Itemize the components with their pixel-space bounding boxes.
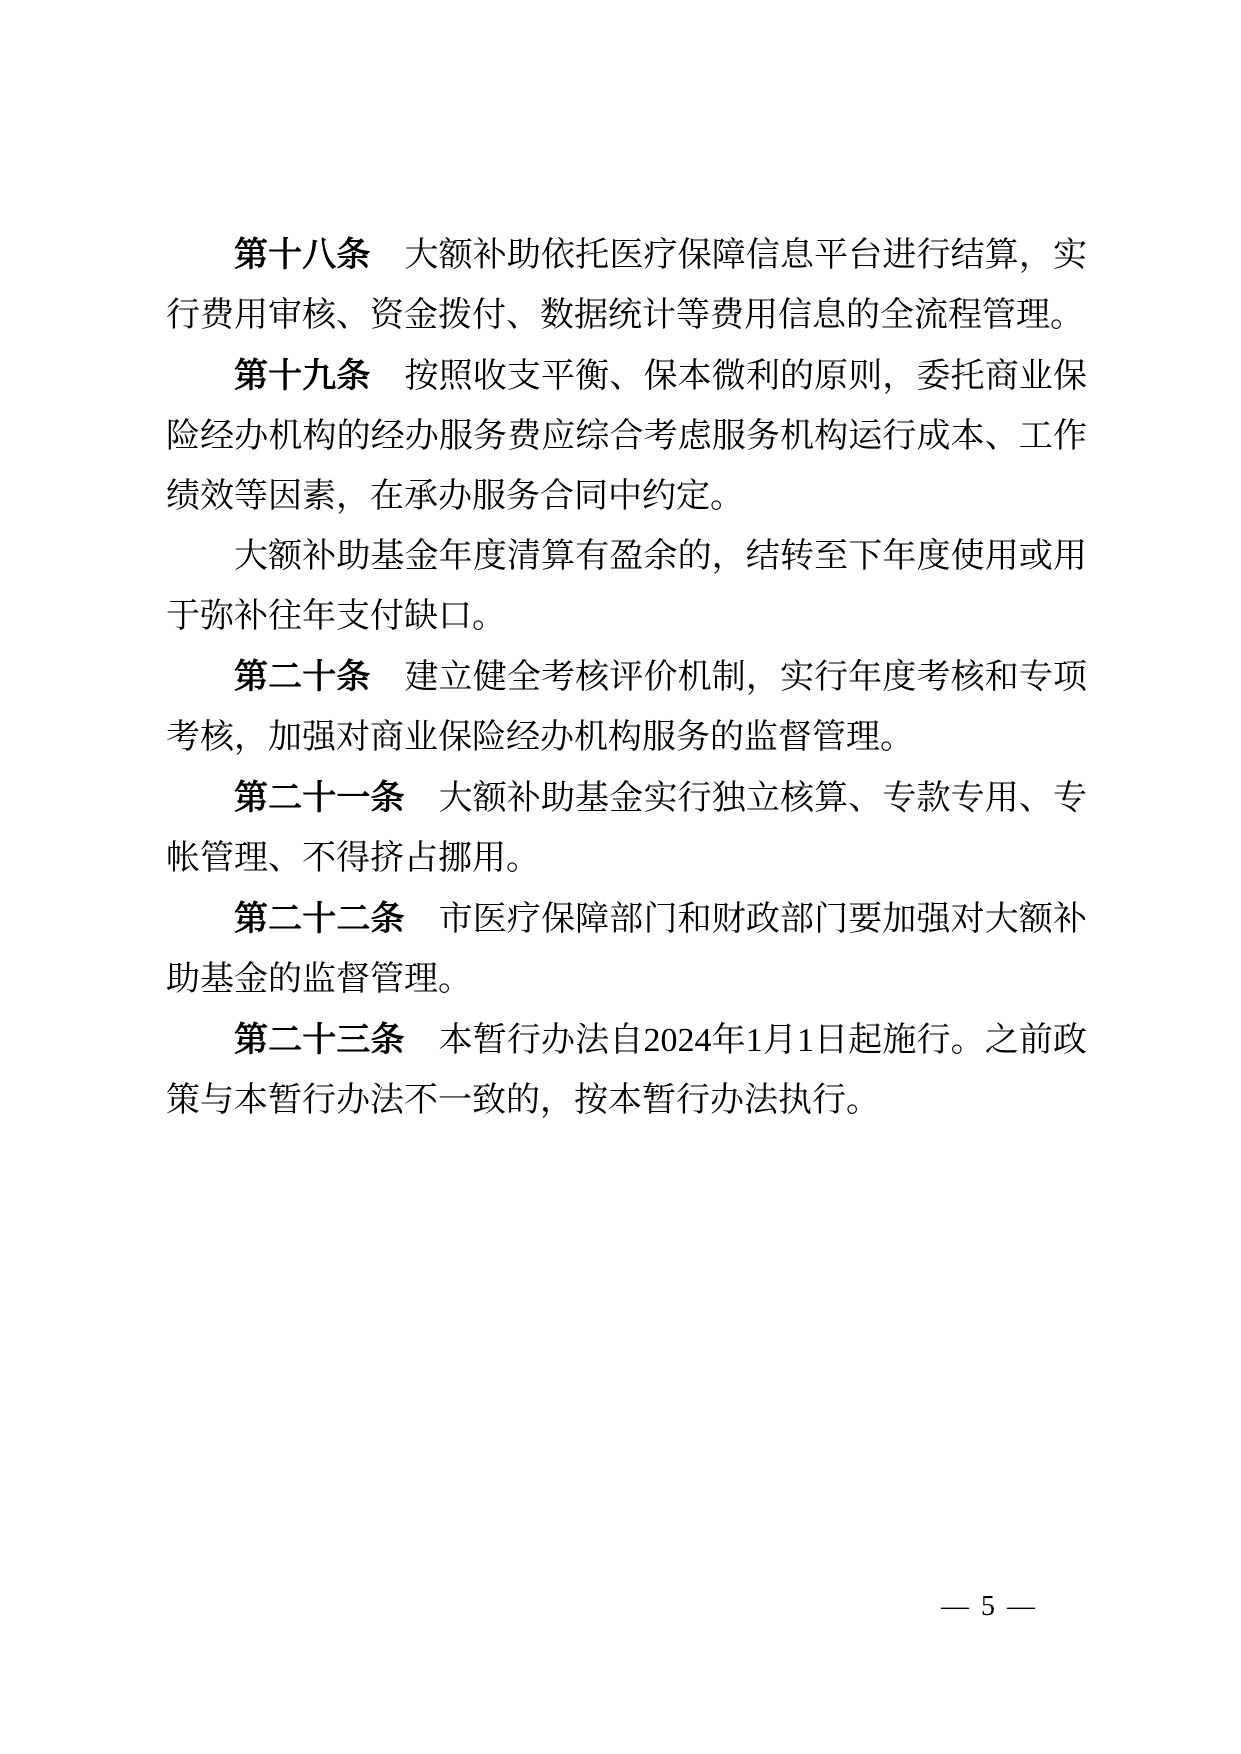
document-content: 第十八条大额补助依托医疗保障信息平台进行结算，实行费用审核、资金拨付、数据统计等… <box>166 225 1087 1131</box>
footer-dash-right: — <box>1007 1591 1035 1622</box>
paragraph-article-22: 第二十二条市医疗保障部门和财政部门要加强对大额补助基金的监督管理。 <box>166 889 1087 1010</box>
footer-dash-left: — <box>941 1591 969 1622</box>
paragraph-article-19: 第十九条按照收支平衡、保本微利的原则，委托商业保险经办机构的经办服务费应综合考虑… <box>166 346 1087 527</box>
document-page: 第十八条大额补助依托医疗保障信息平台进行结算，实行费用审核、资金拨付、数据统计等… <box>0 0 1241 1754</box>
article-19-number: 第十九条 <box>234 357 371 395</box>
paragraph-article-18: 第十八条大额补助依托医疗保障信息平台进行结算，实行费用审核、资金拨付、数据统计等… <box>166 225 1087 346</box>
article-18-number: 第十八条 <box>234 236 371 274</box>
paragraph-article-20: 第二十条建立健全考核评价机制，实行年度考核和专项考核，加强对商业保险经办机构服务… <box>166 647 1087 768</box>
article-21-number: 第二十一条 <box>234 779 405 817</box>
paragraph-article-19-continuation: 大额补助基金年度清算有盈余的，结转至下年度使用或用于弥补往年支付缺口。 <box>166 527 1087 647</box>
article-20-number: 第二十条 <box>234 658 371 696</box>
paragraph-article-21: 第二十一条大额补助基金实行独立核算、专款专用、专帐管理、不得挤占挪用。 <box>166 768 1087 889</box>
page-footer: —5— <box>941 1591 1035 1623</box>
article-19-cont-text: 大额补助基金年度清算有盈余的，结转至下年度使用或用于弥补往年支付缺口。 <box>166 538 1087 635</box>
article-22-number: 第二十二条 <box>234 900 405 938</box>
article-23-number: 第二十三条 <box>234 1021 405 1059</box>
page-number: 5 <box>981 1591 995 1622</box>
paragraph-article-23: 第二十三条本暂行办法自2024年1月1日起施行。之前政策与本暂行办法不一致的，按… <box>166 1010 1087 1131</box>
